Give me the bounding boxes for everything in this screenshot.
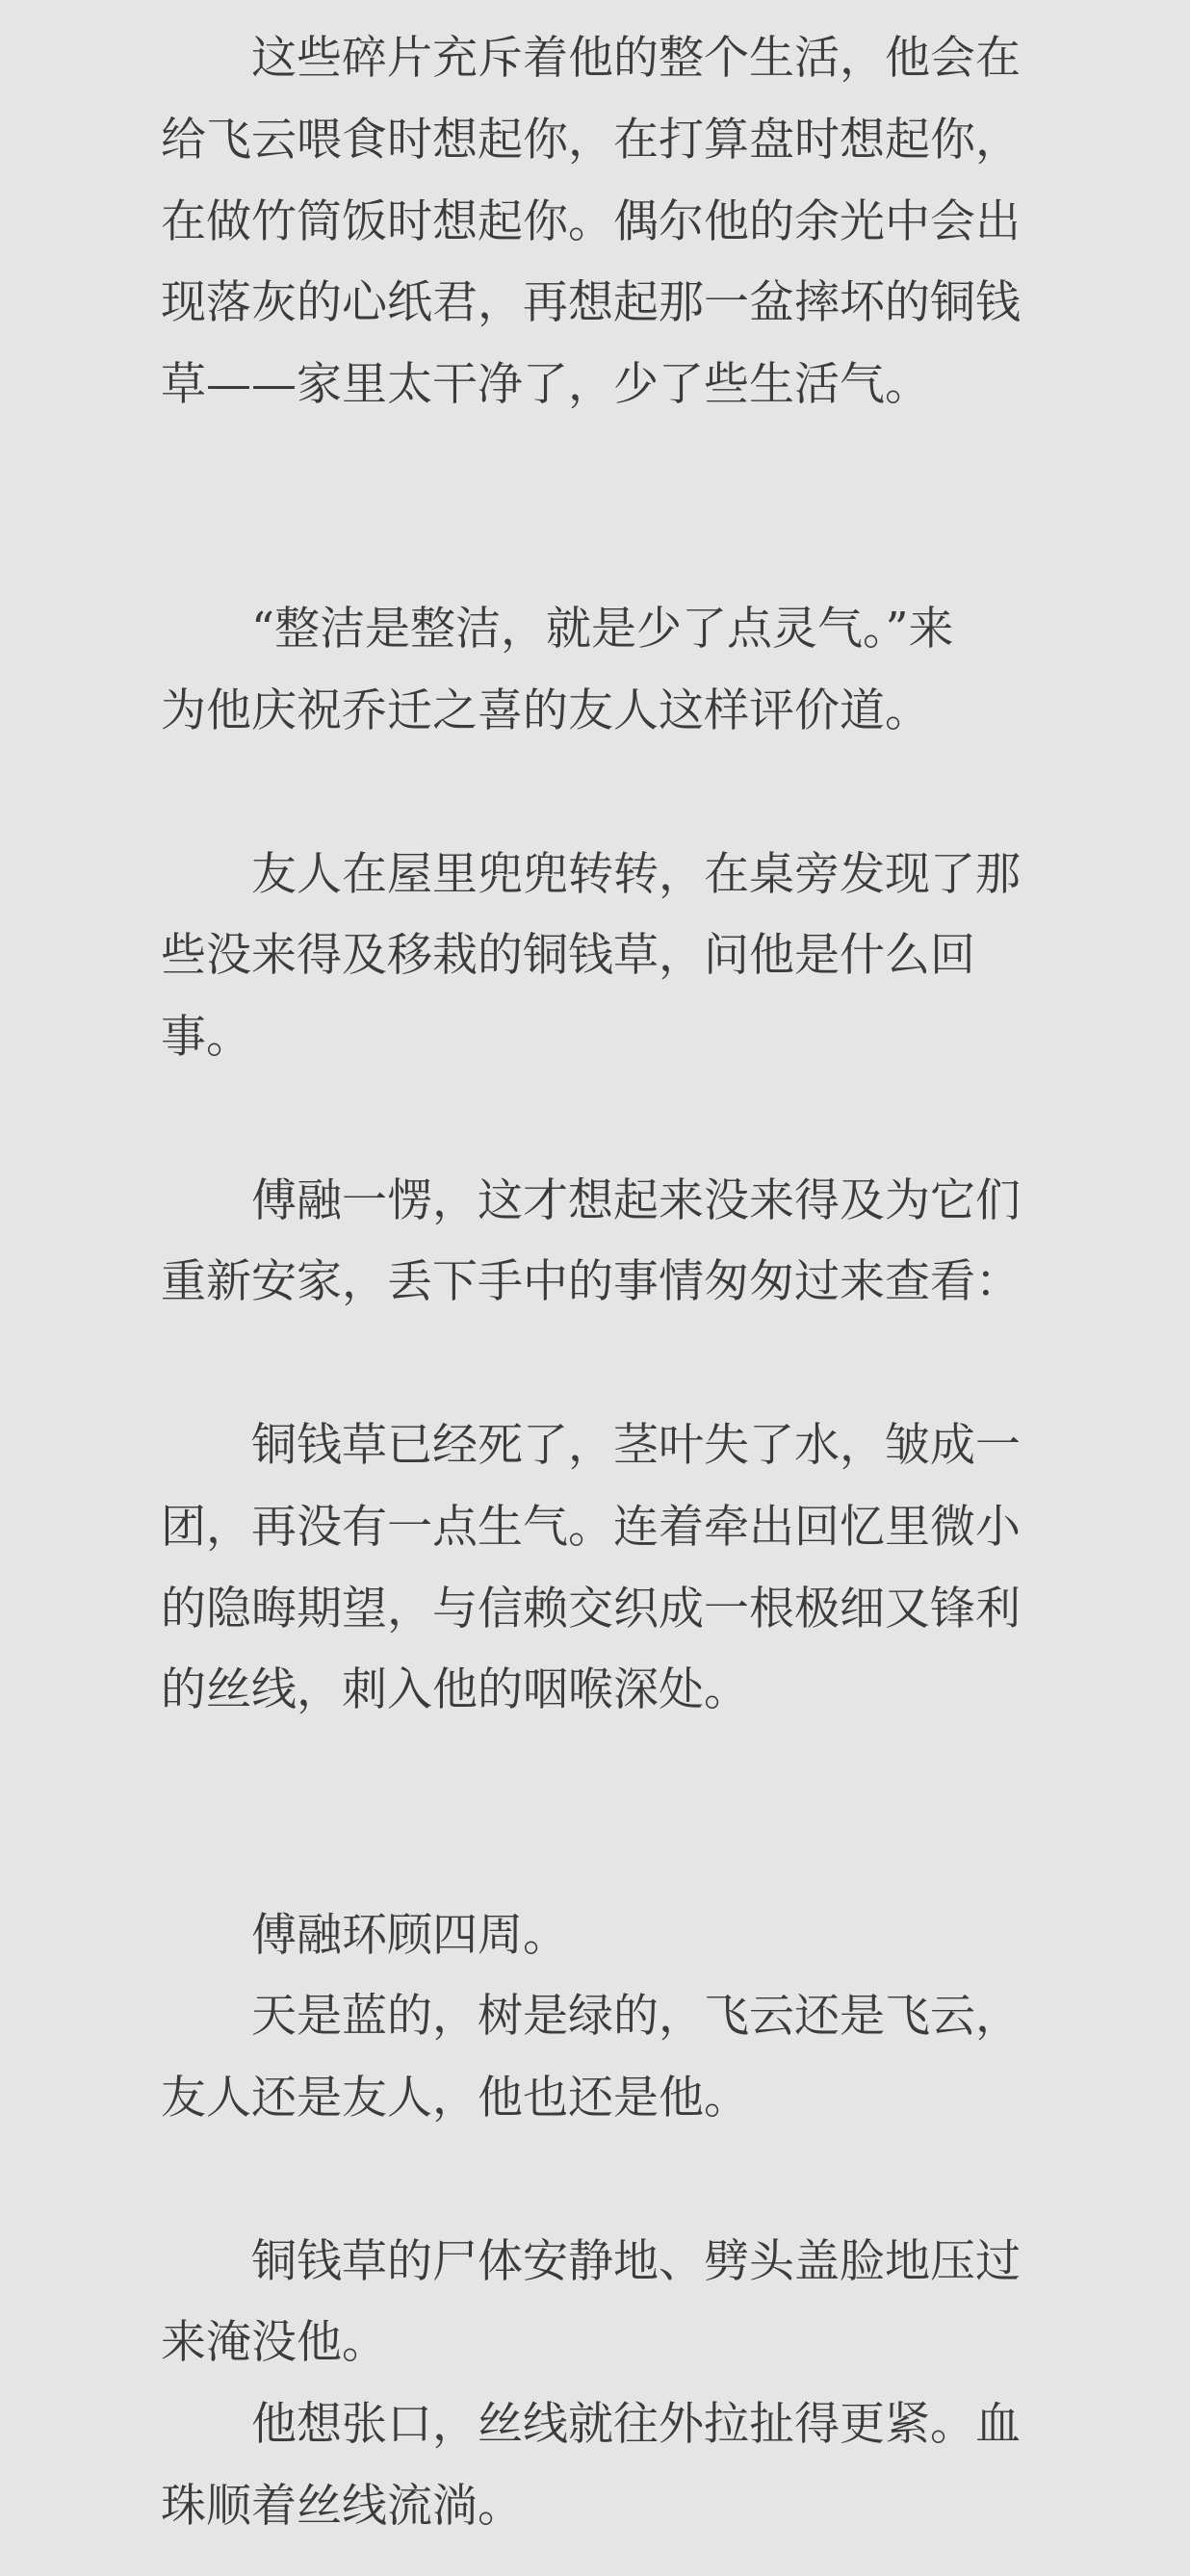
paragraph-line: 些没来得及移栽的铜钱草，问他是什么回 (161, 915, 1022, 997)
paragraph-line: 的丝线，刺入他的咽喉深处。 (161, 1650, 1022, 1732)
paragraph: 傅融一愣，这才想起来没来得及为它们 重新安家，丢下手中的事情匆匆过来查看： (161, 1161, 1022, 1325)
paragraph-line: 给飞云喂食时想起你，在打算盘时想起你， (161, 100, 1022, 182)
reader-page[interactable]: 这些碎片充斥着他的整个生活，他会在 给飞云喂食时想起你，在打算盘时想起你， 在做… (0, 0, 1190, 2576)
paragraph-line: 傅融环顾四周。 (161, 1895, 1022, 1977)
paragraph: 铜钱草的尸体安静地、劈头盖脸地压过 来淹没他。 (161, 2222, 1022, 2385)
blank-line (161, 1079, 1022, 1161)
paragraph: “整洁是整洁，就是少了点灵气。”来 为他庆祝乔迁之喜的友人这样评价道。 (161, 589, 1022, 753)
blank-line (161, 508, 1022, 590)
paragraph: 友人在屋里兜兜转转，在桌旁发现了那 些没来得及移栽的铜钱草，问他是什么回 事。 (161, 835, 1022, 1079)
paragraph-line: 重新安家，丢下手中的事情匆匆过来查看： (161, 1242, 1022, 1324)
paragraph: 这些碎片充斥着他的整个生活，他会在 给飞云喂食时想起你，在打算盘时想起你， 在做… (161, 18, 1022, 426)
blank-line (161, 1324, 1022, 1405)
article-body: 这些碎片充斥着他的整个生活，他会在 给飞云喂食时想起你，在打算盘时想起你， 在做… (161, 18, 1022, 2548)
paragraph-line: 这些碎片充斥着他的整个生活，他会在 (161, 18, 1022, 100)
paragraph-line: 团，再没有一点生气。连着牵出回忆里微小 (161, 1487, 1022, 1569)
paragraph: 天是蓝的，树是绿的，飞云还是飞云， 友人还是友人，他也还是他。 (161, 1976, 1022, 2140)
paragraph-line: 为他庆祝乔迁之喜的友人这样评价道。 (161, 671, 1022, 753)
paragraph: 他想张口，丝线就往外拉扯得更紧。血 珠顺着丝线流淌。 (161, 2384, 1022, 2548)
paragraph-line: 铜钱草已经死了，茎叶失了水，皱成一 (161, 1405, 1022, 1487)
paragraph-line: 他想张口，丝线就往外拉扯得更紧。血 (161, 2384, 1022, 2466)
paragraph-line: 现落灰的心纸君，再想起那一盆摔坏的铜钱 (161, 263, 1022, 345)
paragraph-line: 友人在屋里兜兜转转，在桌旁发现了那 (161, 835, 1022, 916)
paragraph: 傅融环顾四周。 (161, 1895, 1022, 1977)
paragraph-line: 来淹没他。 (161, 2303, 1022, 2384)
blank-line (161, 2140, 1022, 2222)
paragraph-line: 傅融一愣，这才想起来没来得及为它们 (161, 1161, 1022, 1243)
blank-line (161, 1732, 1022, 1814)
paragraph-line: 草——家里太干净了，少了些生活气。 (161, 345, 1022, 426)
blank-line (161, 1814, 1022, 1895)
paragraph-line: 的隐晦期望，与信赖交织成一根极细又锋利 (161, 1569, 1022, 1651)
paragraph-line: 友人还是友人，他也还是他。 (161, 2058, 1022, 2140)
paragraph: 铜钱草已经死了，茎叶失了水，皱成一 团，再没有一点生气。连着牵出回忆里微小 的隐… (161, 1405, 1022, 1732)
paragraph-line: 铜钱草的尸体安静地、劈头盖脸地压过 (161, 2222, 1022, 2304)
paragraph-line: 事。 (161, 997, 1022, 1079)
blank-line (161, 753, 1022, 835)
paragraph-line: 在做竹筒饭时想起你。偶尔他的余光中会出 (161, 182, 1022, 264)
paragraph-line: 天是蓝的，树是绿的，飞云还是飞云， (161, 1976, 1022, 2058)
paragraph-line: 珠顺着丝线流淌。 (161, 2466, 1022, 2548)
blank-line (161, 426, 1022, 508)
paragraph-line: “整洁是整洁，就是少了点灵气。”来 (161, 589, 1022, 671)
